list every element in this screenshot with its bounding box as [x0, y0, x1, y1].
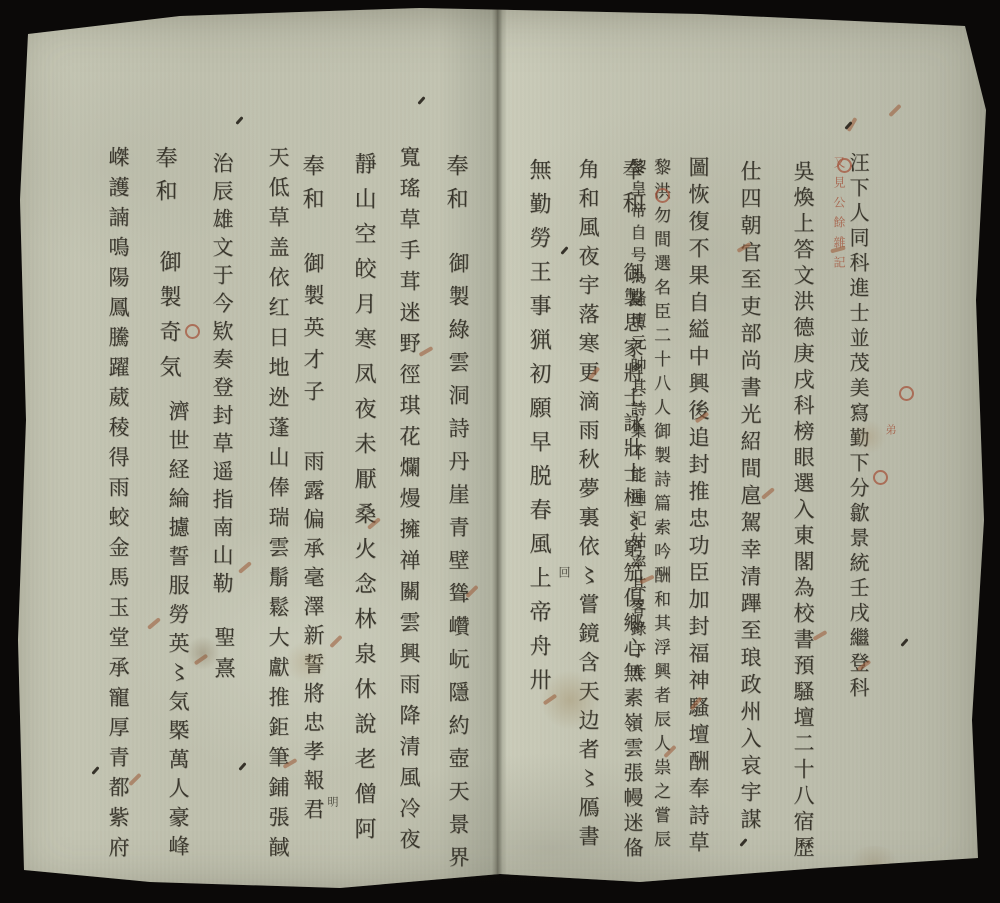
- vermilion-circle-mark: [185, 324, 200, 339]
- red-marginal-annotation: 又見公餘雜記: [833, 156, 845, 276]
- vermilion-mark: [888, 104, 901, 117]
- text-column-l4: 雨露偏承毫澤新誓將忠孝報君: [302, 450, 323, 827]
- text-column-l5: 天低草盖依红日地迯蓬山俸瑞雲鬅鬆大獻推鉅筆鋪張馘: [267, 146, 288, 866]
- text-column-l3: 靜山空皎月寒凤夜未厭桑火念林泉休說老僧阿: [352, 152, 374, 852]
- ink-speck: [739, 838, 747, 847]
- ink-speck: [900, 638, 908, 647]
- poem-title-l7: 御製奇気: [157, 250, 179, 390]
- red-side-note: 弟: [885, 424, 896, 435]
- text-column-l1: 御製綠雲洞詩丹崖青壁聳巑岏隱約壺天景界: [447, 252, 468, 879]
- honorific-l6: 聖熹: [213, 626, 234, 688]
- poem-header-l4: 奉和: [300, 154, 322, 220]
- vermilion-mark: [238, 561, 252, 574]
- poem-title-l4: 御製英才子: [302, 252, 323, 412]
- poem-header-r6: 奉和: [620, 158, 642, 224]
- text-column-r3: 仕四朝官至吏部尚書光紹間扈駕幸清蹕至琅政州入哀宇謀: [739, 160, 760, 835]
- interlinear-note-column-a: 黎洪勿間選名臣二十八人御製詩篇索吟酬和其浮興者辰人祟之嘗辰: [651, 158, 668, 854]
- stain: [846, 846, 902, 886]
- ink-speck: [238, 762, 246, 771]
- text-column-r8: 無勤勞王事猟初願早脱春風上帝舟卅: [527, 158, 549, 702]
- vermilion-mark: [147, 617, 161, 630]
- text-column-r4: 圖恢復不果自縊中興後追封推忠功臣加封福神騷壇酬奉詩草: [687, 156, 708, 858]
- vermilion-circle-mark: [837, 158, 852, 173]
- paper-sheet: 汪下人同科進士並茂美寫勤下分歙景統壬戌繼登科 又見公餘雜記 弟 吳煥上答文洪德庚…: [0, 0, 1000, 903]
- text-column-r7: 角和風夜宇落寒更滴雨秋夢裏依〻嘗鏡含天边者〻鴈書: [577, 158, 598, 854]
- vermilion-mark: [761, 487, 775, 500]
- text-column-r1: 汪下人同科進士並茂美寫勤下分歙景統壬戌繼登科: [848, 152, 868, 702]
- text-column-r6: 御製思家將士詠壯士桓〻窮笳倶鄉心無素嶺雲張幔迷俻: [622, 262, 642, 862]
- ink-speck: [560, 246, 568, 255]
- text-column-l2: 寬瑤草手茸迷野徑琪花爛熳擁禅關雲興雨降清風冷夜: [398, 146, 419, 859]
- vermilion-mark: [194, 654, 209, 666]
- text-column-l8: 嵥護諵鳴陽鳳騰躍葳稜得雨蛟金馬玉堂承寵厚青都紫府: [107, 146, 128, 866]
- text-column-r2: 吳煥上答文洪德庚戌科榜眼選入東閣為校書預騷壇二十八宿歷: [792, 160, 813, 862]
- vermilion-mark: [128, 773, 141, 786]
- small-inline-note-l4: 明: [327, 796, 338, 807]
- text-column-l7: 濟世経綸攄誓服勞英〻気槩萬人豪峰: [167, 400, 188, 864]
- manuscript-photo: 汪下人同科進士並茂美寫勤下分歙景統壬戌繼登科 又見公餘雜記 弟 吳煥上答文洪德庚…: [0, 0, 1000, 903]
- vermilion-circle-mark: [873, 470, 888, 485]
- ink-speck: [91, 766, 99, 775]
- fold-crease: [492, 8, 502, 888]
- text-column-l6: 治辰雄文于今欵奏登封草遥指南山勒: [211, 152, 232, 600]
- vermilion-circle-mark: [655, 188, 670, 203]
- poem-header-l1: 奉和: [444, 154, 466, 220]
- vermilion-circle-mark: [899, 386, 914, 401]
- ink-speck: [235, 116, 243, 125]
- poem-header-l7: 奉和: [153, 146, 175, 212]
- vermilion-mark: [329, 635, 342, 648]
- small-inline-note-r8: 回: [558, 566, 570, 578]
- ink-speck: [417, 96, 425, 105]
